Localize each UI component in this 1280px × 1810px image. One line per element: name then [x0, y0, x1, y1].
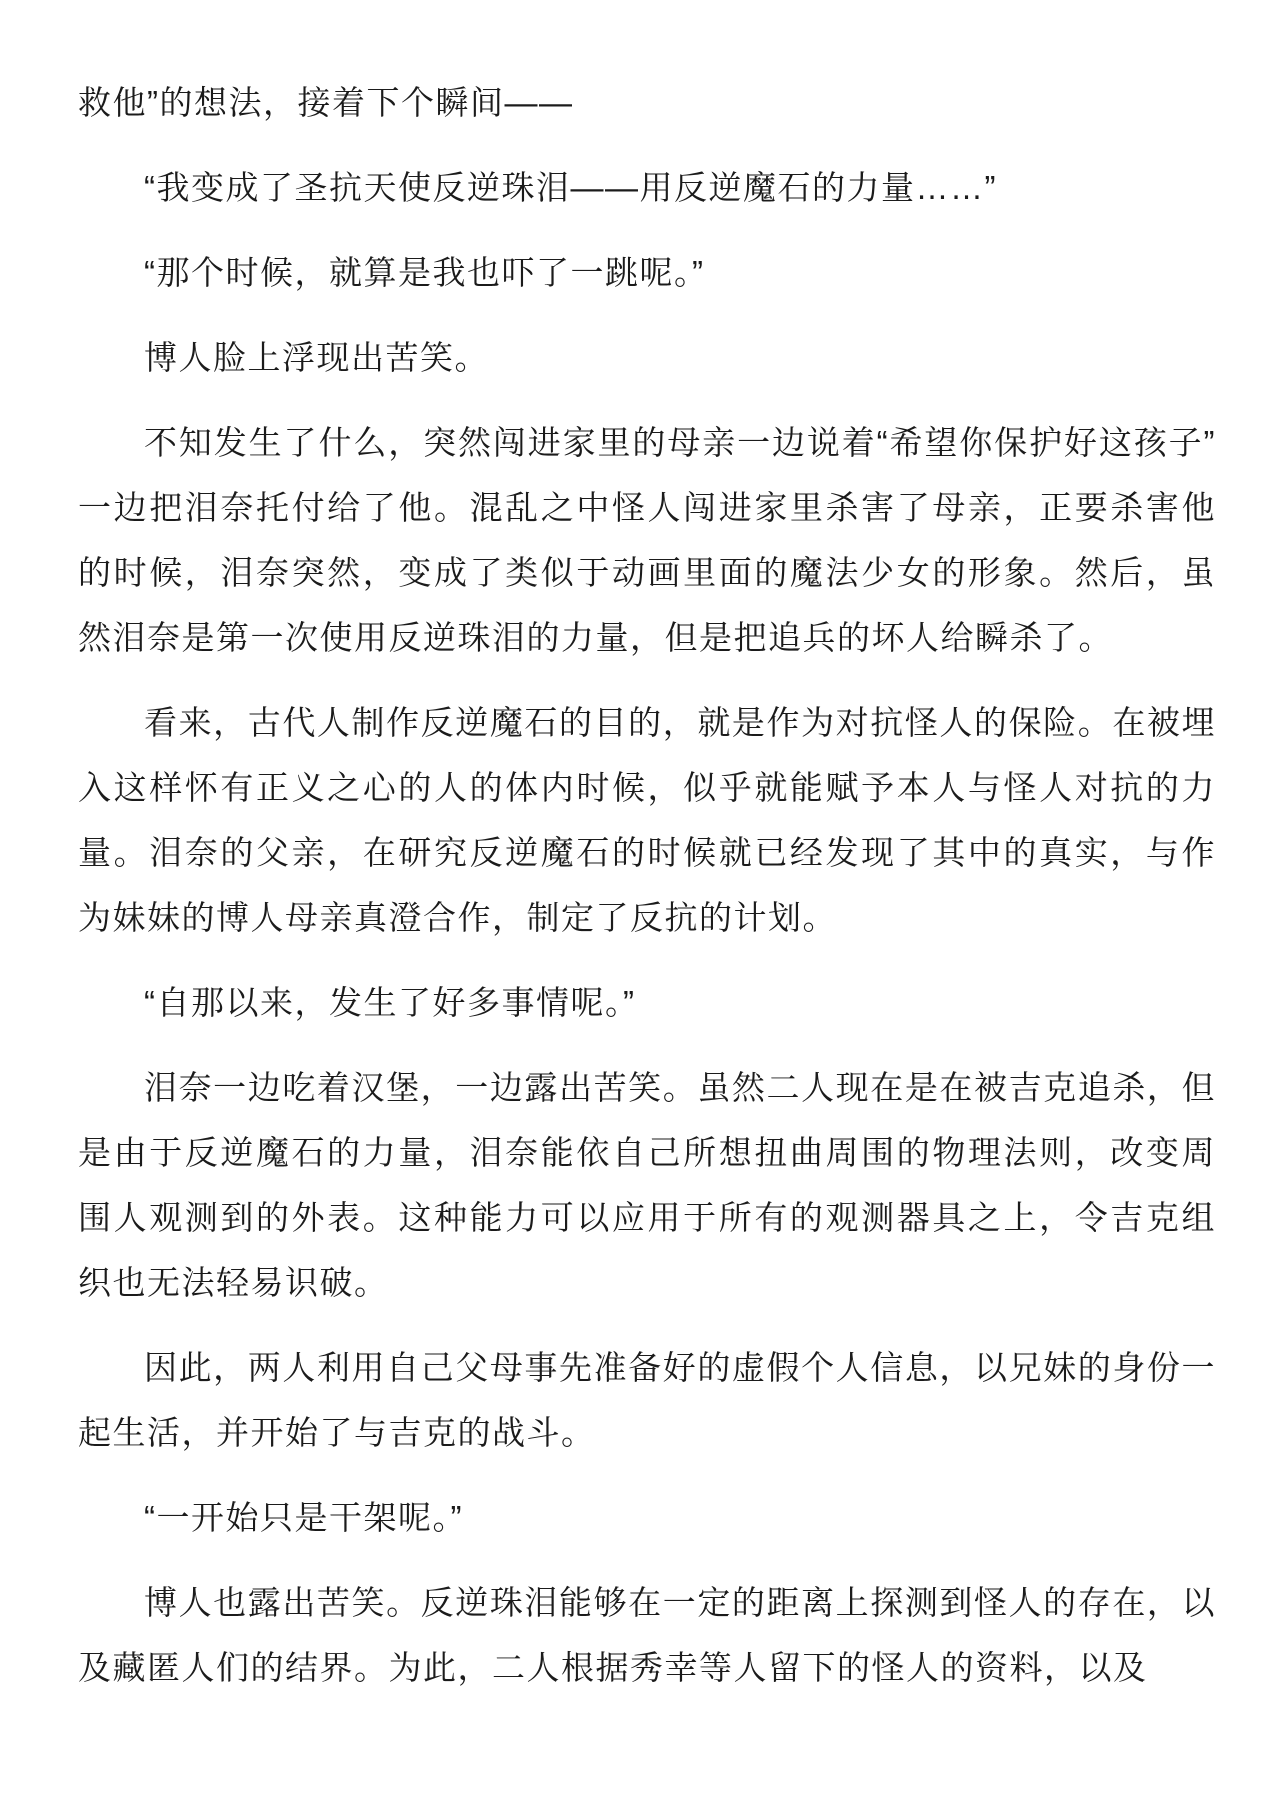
document-page: 救他”的想法，接着下个瞬间—— “我变成了圣抗天使反逆珠泪——用反逆魔石的力量……: [0, 0, 1280, 1810]
paragraph: “自那以来，发生了好多事情呢。”: [78, 970, 1216, 1035]
paragraph: 不知发生了什么，突然闯进家里的母亲一边说着“希望你保护好这孩子”一边把泪奈托付给…: [78, 410, 1216, 670]
paragraph: 博人脸上浮现出苦笑。: [78, 325, 1216, 390]
paragraph: 救他”的想法，接着下个瞬间——: [78, 70, 1216, 135]
paragraph: 博人也露出苦笑。反逆珠泪能够在一定的距离上探测到怪人的存在，以及藏匿人们的结界。…: [78, 1570, 1216, 1700]
paragraph: “一开始只是干架呢。”: [78, 1485, 1216, 1550]
paragraph: 看来，古代人制作反逆魔石的目的，就是作为对抗怪人的保险。在被埋入这样怀有正义之心…: [78, 690, 1216, 950]
paragraph: “那个时候，就算是我也吓了一跳呢。”: [78, 240, 1216, 305]
paragraph: 因此，两人利用自己父母事先准备好的虚假个人信息，以兄妹的身份一起生活，并开始了与…: [78, 1335, 1216, 1465]
paragraph: 泪奈一边吃着汉堡，一边露出苦笑。虽然二人现在是在被吉克追杀，但是由于反逆魔石的力…: [78, 1055, 1216, 1315]
paragraph: “我变成了圣抗天使反逆珠泪——用反逆魔石的力量……”: [78, 155, 1216, 220]
